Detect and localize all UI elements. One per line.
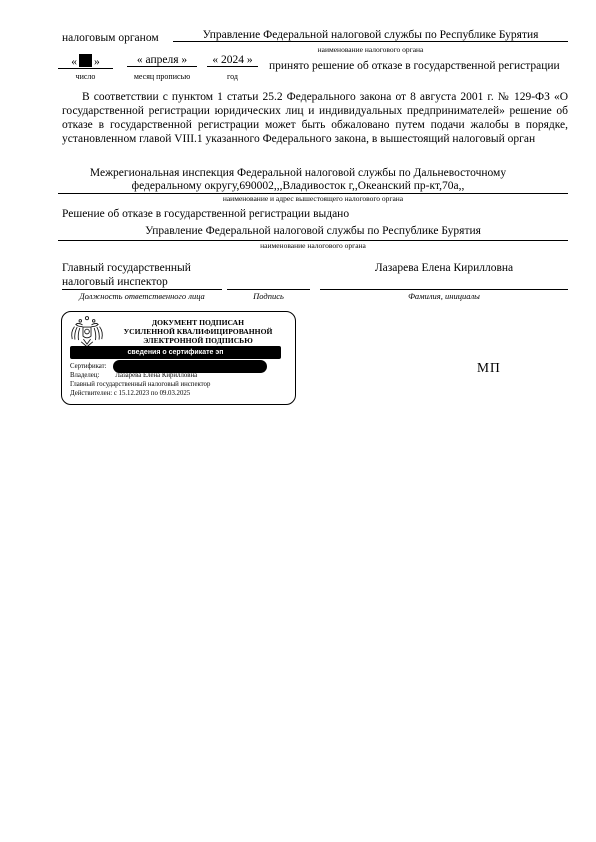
sign-caption: Подпись xyxy=(227,291,310,301)
certificate-label: Сертификат: xyxy=(70,363,107,370)
redacted-certificate-value xyxy=(113,360,267,373)
issued-authority-caption: наименование налогового органа xyxy=(58,242,568,250)
document-page: налоговым органом Управление Федеральной… xyxy=(0,0,596,842)
stamp-title-line1: ДОКУМЕНТ ПОДПИСАН xyxy=(106,318,290,327)
seal-placeholder: МП xyxy=(477,360,501,376)
quote-close: » xyxy=(181,54,187,66)
name-underline xyxy=(320,289,568,290)
authority-name-field: Управление Федеральной налоговой службы … xyxy=(173,29,568,42)
coat-of-arms-icon xyxy=(69,315,105,349)
stamp-title: ДОКУМЕНТ ПОДПИСАН УСИЛЕННОЙ КВАЛИФИЦИРОВ… xyxy=(106,318,290,345)
month-field: « апреля » xyxy=(127,54,197,67)
quote-open: « xyxy=(71,56,77,68)
year-value: 2024 xyxy=(221,54,244,66)
e-signature-stamp: ДОКУМЕНТ ПОДПИСАН УСИЛЕННОЙ КВАЛИФИЦИРОВ… xyxy=(61,311,296,405)
owner-label: Владелец: xyxy=(70,372,99,379)
quote-close: » xyxy=(94,56,100,68)
redacted-day-value xyxy=(79,54,92,67)
stamp-title-line3: ЭЛЕКТРОННОЙ ПОДПИСЬЮ xyxy=(106,336,290,345)
owner-name: Лазарева Елена Кирилловна xyxy=(115,372,197,379)
stamp-owner-line: Владелец:Лазарева Елена Кирилловна xyxy=(70,372,290,380)
higher-authority-caption: наименование и адрес вышестоящего налого… xyxy=(58,195,568,203)
day-field: «» xyxy=(58,54,113,69)
issued-lead-text: Решение об отказе в государственной реги… xyxy=(62,208,349,221)
stamp-validity: Действителен: с 15.12.2023 по 09.03.2025 xyxy=(70,390,290,398)
higher-authority-name: Межрегиональная инспекция Федеральной на… xyxy=(68,167,528,193)
quote-close: » xyxy=(247,54,253,66)
authority-name-caption: наименование налогового органа xyxy=(173,46,568,54)
decision-text: принято решение об отказе в государствен… xyxy=(269,60,560,73)
signer-position: Главный государственный налоговый инспек… xyxy=(62,262,232,289)
name-caption: Фамилия, инициалы xyxy=(320,291,568,301)
year-field: « 2024 » xyxy=(207,54,258,67)
month-caption: месяц прописью xyxy=(127,73,197,81)
stamp-owner-position: Главный государственный налоговый инспек… xyxy=(70,381,290,389)
position-caption: Должность ответственного лица xyxy=(62,291,222,301)
issued-by-label: налоговым органом xyxy=(62,32,159,45)
month-value: апреля xyxy=(146,54,179,66)
stamp-title-line2: УСИЛЕННОЙ КВАЛИФИЦИРОВАННОЙ xyxy=(106,327,290,336)
day-caption: число xyxy=(58,73,113,81)
stamp-certificate-bar: сведения о сертификате эп xyxy=(70,346,281,359)
year-caption: год xyxy=(207,73,258,81)
position-underline xyxy=(62,289,222,290)
signer-name: Лазарева Елена Кирилловна xyxy=(320,262,568,275)
appeal-paragraph: В соответствии с пунктом 1 статьи 25.2 Ф… xyxy=(62,90,568,146)
quote-open: « xyxy=(137,54,143,66)
sign-underline xyxy=(227,289,310,290)
issued-authority-name: Управление Федеральной налоговой службы … xyxy=(58,225,568,238)
quote-open: « xyxy=(212,54,218,66)
